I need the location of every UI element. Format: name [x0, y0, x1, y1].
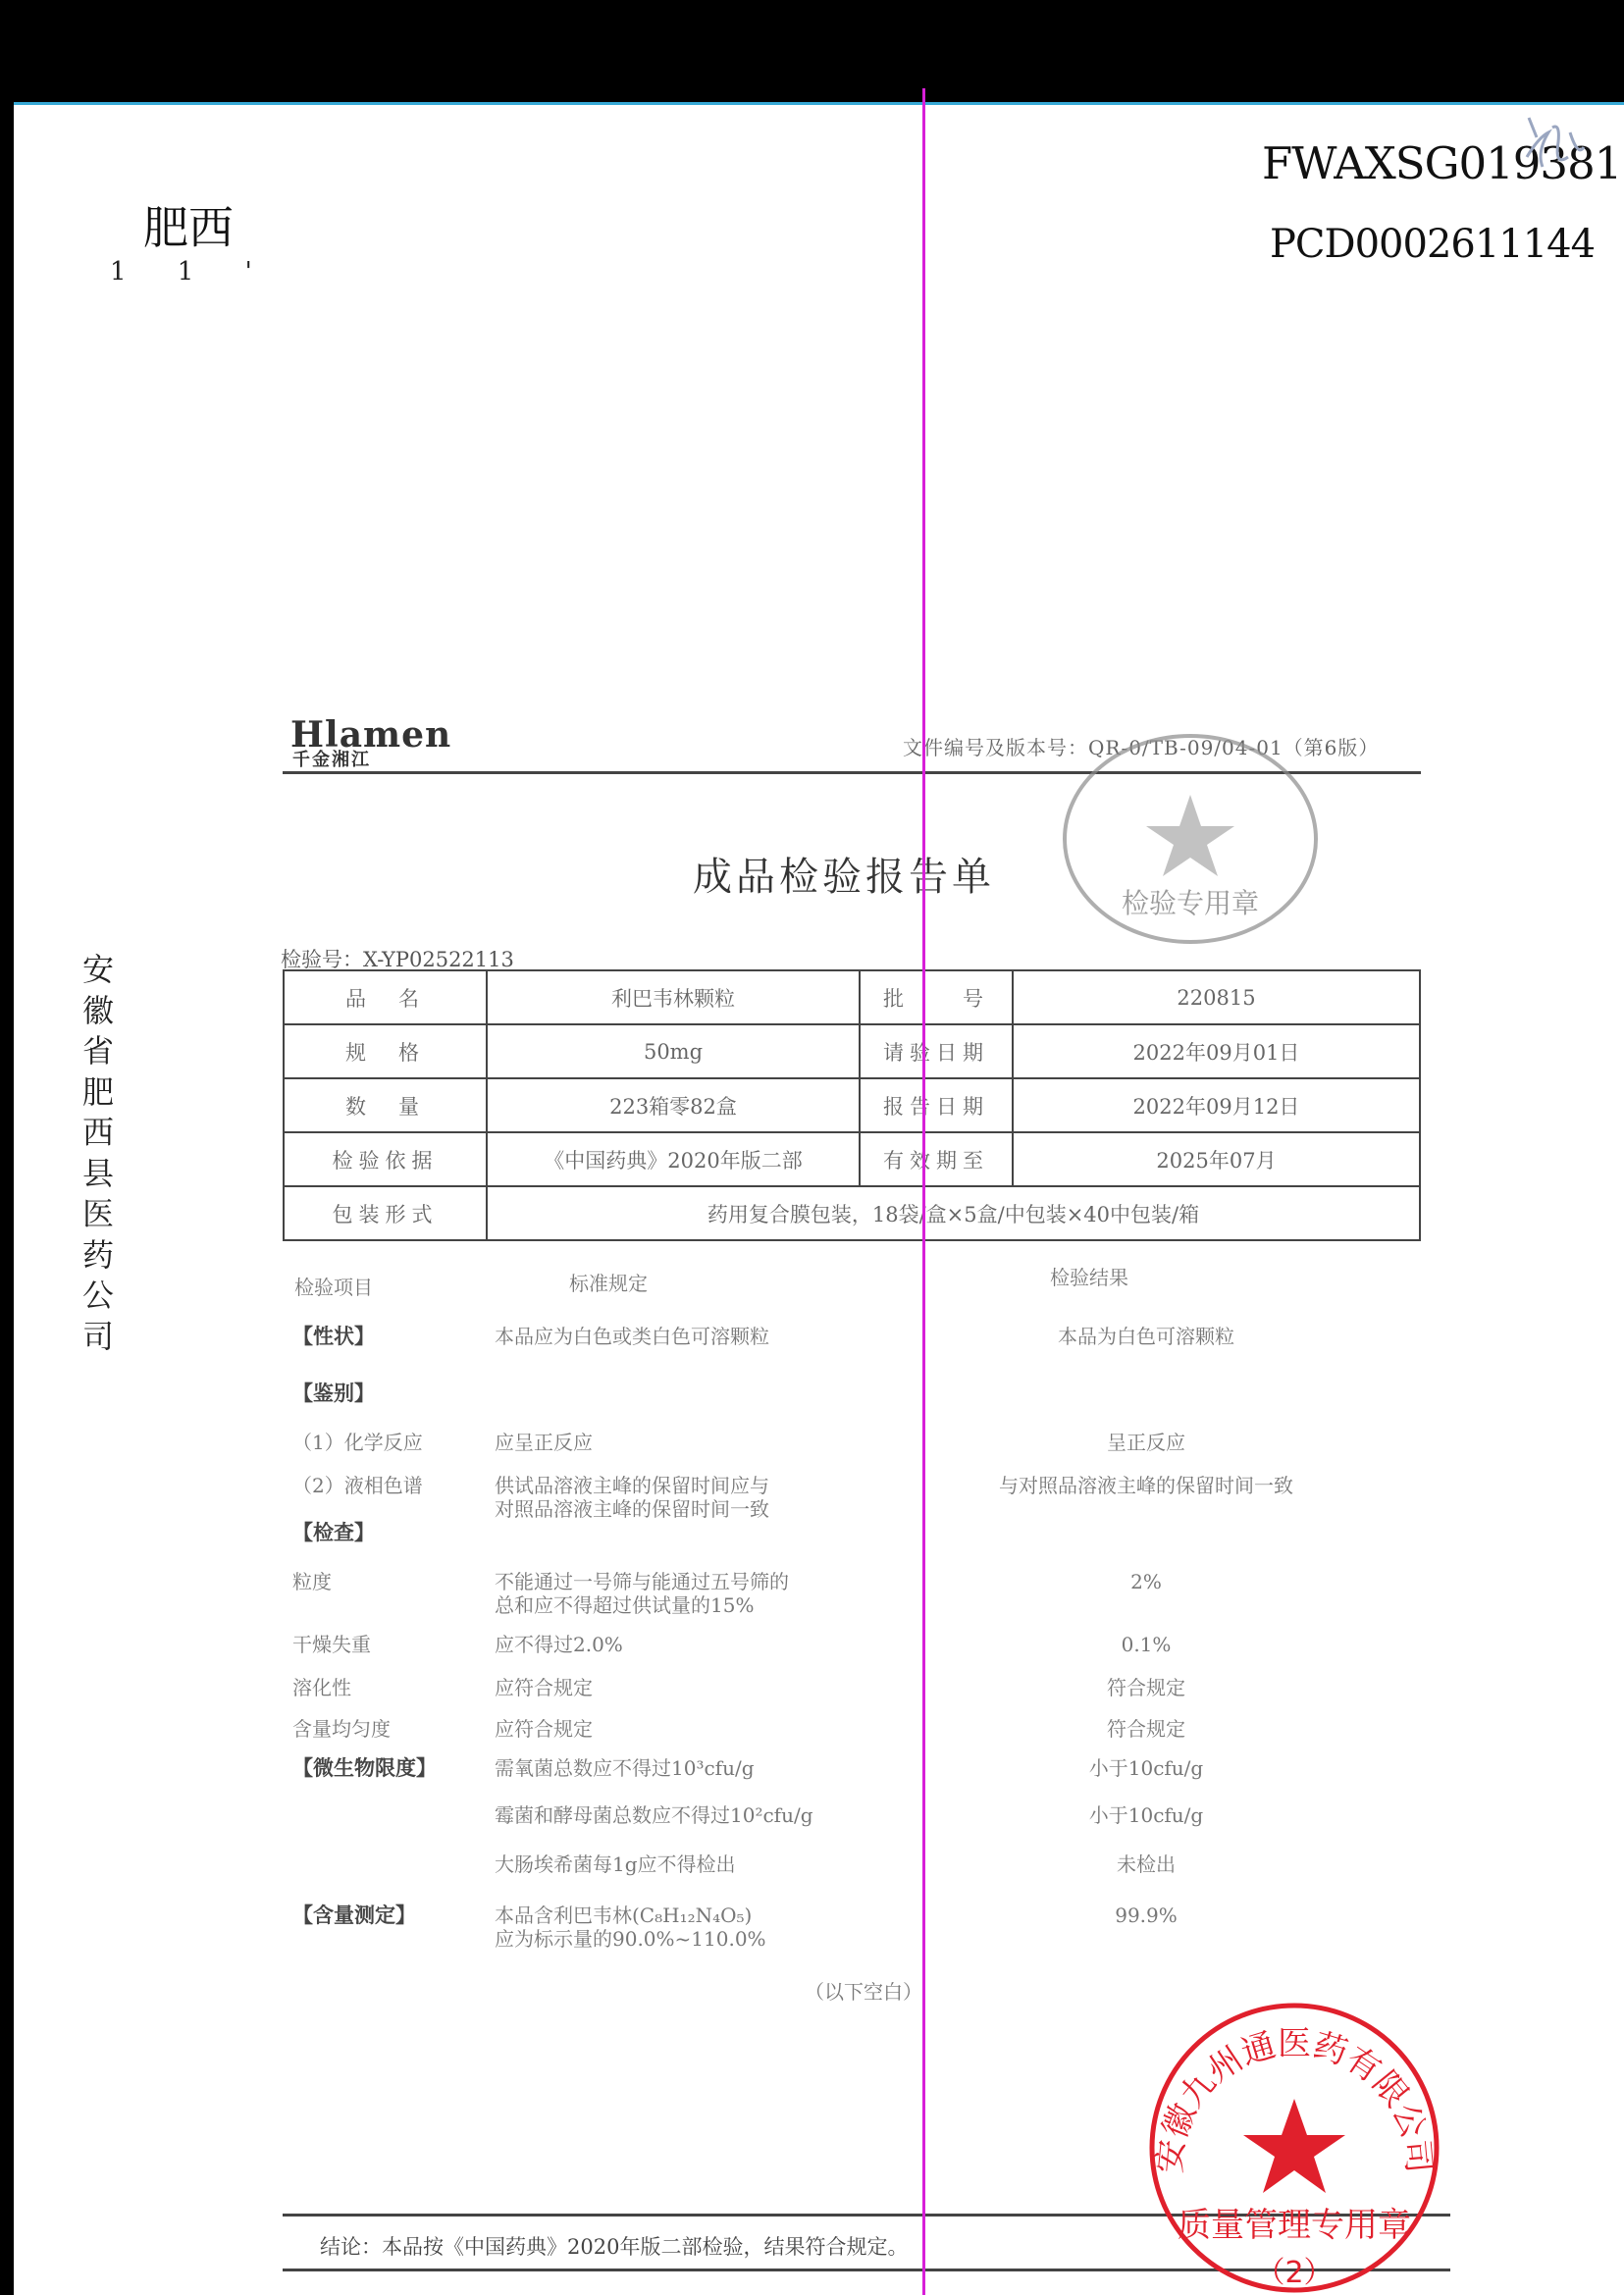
result-standard: 应符合规定	[495, 1676, 593, 1699]
corner-label: 肥西	[143, 192, 234, 257]
company-logo-chinese: 千金湘江	[292, 746, 371, 771]
info-row: 检验依据《中国药典》2020年版二部有效期至2025年07月	[284, 1132, 1420, 1186]
info-label: 有效期至	[860, 1132, 1013, 1186]
svg-text:检验专用章: 检验专用章	[1122, 887, 1259, 919]
result-item: 【检查】	[292, 1521, 375, 1544]
result-standard: 应符合规定	[495, 1717, 593, 1741]
info-label: 报告日期	[860, 1078, 1013, 1132]
info-label: 包装形式	[284, 1186, 487, 1240]
result-item: 【鉴别】	[292, 1382, 375, 1405]
result-value: 符合规定	[989, 1676, 1303, 1699]
info-row: 数 量223箱零82盒报告日期2022年09月12日	[284, 1078, 1420, 1132]
result-value: 符合规定	[989, 1717, 1303, 1741]
result-item: 粒度	[292, 1570, 332, 1593]
info-label: 检验依据	[284, 1132, 487, 1186]
result-item: （1）化学反应	[292, 1431, 423, 1454]
info-label: 请验日期	[860, 1024, 1013, 1078]
handwritten-signature-icon	[1519, 98, 1588, 206]
result-item: 【微生物限度】	[292, 1756, 437, 1780]
info-value: 50mg	[487, 1024, 860, 1078]
info-label: 数 量	[284, 1078, 487, 1132]
quality-seal-icon: 安徽九州通医药有限公司 质量管理专用章 （2）	[1142, 1996, 1446, 2295]
vertical-organization-name: 安徽省肥西县医药公司	[79, 950, 118, 1357]
info-value: 2025年07月	[1013, 1132, 1420, 1186]
info-value: 2022年09月12日	[1013, 1078, 1420, 1132]
result-value: 本品为白色可溶颗粒	[989, 1325, 1303, 1348]
result-item: 干燥失重	[292, 1633, 371, 1656]
result-value: 2%	[989, 1570, 1303, 1593]
result-item: 溶化性	[292, 1676, 351, 1699]
result-value: 小于10cfu/g	[989, 1756, 1303, 1780]
result-standard: 应呈正反应	[495, 1431, 593, 1454]
result-standard: 不能通过一号筛与能通过五号筛的 总和应不得超过供试量的15%	[495, 1570, 789, 1617]
result-standard: 大肠埃希菌每1g应不得检出	[495, 1852, 736, 1876]
inspection-seal-icon: 检验专用章	[1058, 726, 1323, 952]
end-note: （以下空白）	[805, 1980, 922, 2004]
result-standard: 需氧菌总数应不得过10³cfu/g	[495, 1756, 755, 1780]
conclusion: 结论：本品按《中国药典》2020年版二部检验，结果符合规定。	[320, 2231, 908, 2261]
result-item: 含量均匀度	[292, 1717, 391, 1741]
column-header-standard: 标准规定	[569, 1272, 648, 1295]
info-row: 品 名利巴韦林颗粒批 号220815	[284, 970, 1420, 1024]
result-value: 99.9%	[989, 1904, 1303, 1927]
info-value: 药用复合膜包装，18袋/盒×5盒/中包装×40中包装/箱	[487, 1186, 1420, 1240]
result-standard: 本品应为白色或类白色可溶颗粒	[495, 1325, 769, 1348]
result-item: 【含量测定】	[292, 1904, 416, 1927]
info-value: 220815	[1013, 970, 1420, 1024]
info-value: 223箱零82盒	[487, 1078, 860, 1132]
column-header-result: 检验结果	[1050, 1266, 1128, 1289]
info-value: 2022年09月01日	[1013, 1024, 1420, 1078]
result-value: 未检出	[989, 1852, 1303, 1876]
result-value: 呈正反应	[989, 1431, 1303, 1454]
info-label: 批 号	[860, 970, 1013, 1024]
scan-artifact-line	[922, 88, 925, 2295]
info-value: 利巴韦林颗粒	[487, 970, 860, 1024]
result-item: 【性状】	[292, 1325, 375, 1348]
result-value: 0.1%	[989, 1633, 1303, 1656]
info-value: 《中国药典》2020年版二部	[487, 1132, 860, 1186]
info-label: 规 格	[284, 1024, 487, 1078]
result-standard: 供试品溶液主峰的保留时间应与 对照品溶液主峰的保留时间一致	[495, 1474, 769, 1521]
info-label: 品 名	[284, 970, 487, 1024]
svg-text:（2）: （2）	[1255, 2256, 1333, 2290]
result-value: 与对照品溶液主峰的保留时间一致	[989, 1474, 1303, 1497]
info-table: 品 名利巴韦林颗粒批 号220815规 格50mg请验日期2022年09月01日…	[283, 969, 1421, 1241]
corner-marks: 1 1 '	[110, 257, 274, 287]
svg-text:质量管理专用章: 质量管理专用章	[1178, 2206, 1411, 2245]
result-item: （2）液相色谱	[292, 1474, 423, 1497]
column-header-item: 检验项目	[294, 1276, 373, 1299]
result-value: 小于10cfu/g	[989, 1803, 1303, 1827]
result-standard: 霉菌和酵母菌总数应不得过10²cfu/g	[495, 1803, 813, 1827]
report-title: 成品检验报告单	[693, 846, 995, 902]
info-row: 规 格50mg请验日期2022年09月01日	[284, 1024, 1420, 1078]
result-standard: 本品含利巴韦林(C₈H₁₂N₄O₅) 应为标示量的90.0%~110.0%	[495, 1904, 766, 1951]
batch-code: PCD0002611144	[1270, 222, 1595, 267]
result-standard: 应不得过2.0%	[495, 1633, 623, 1656]
